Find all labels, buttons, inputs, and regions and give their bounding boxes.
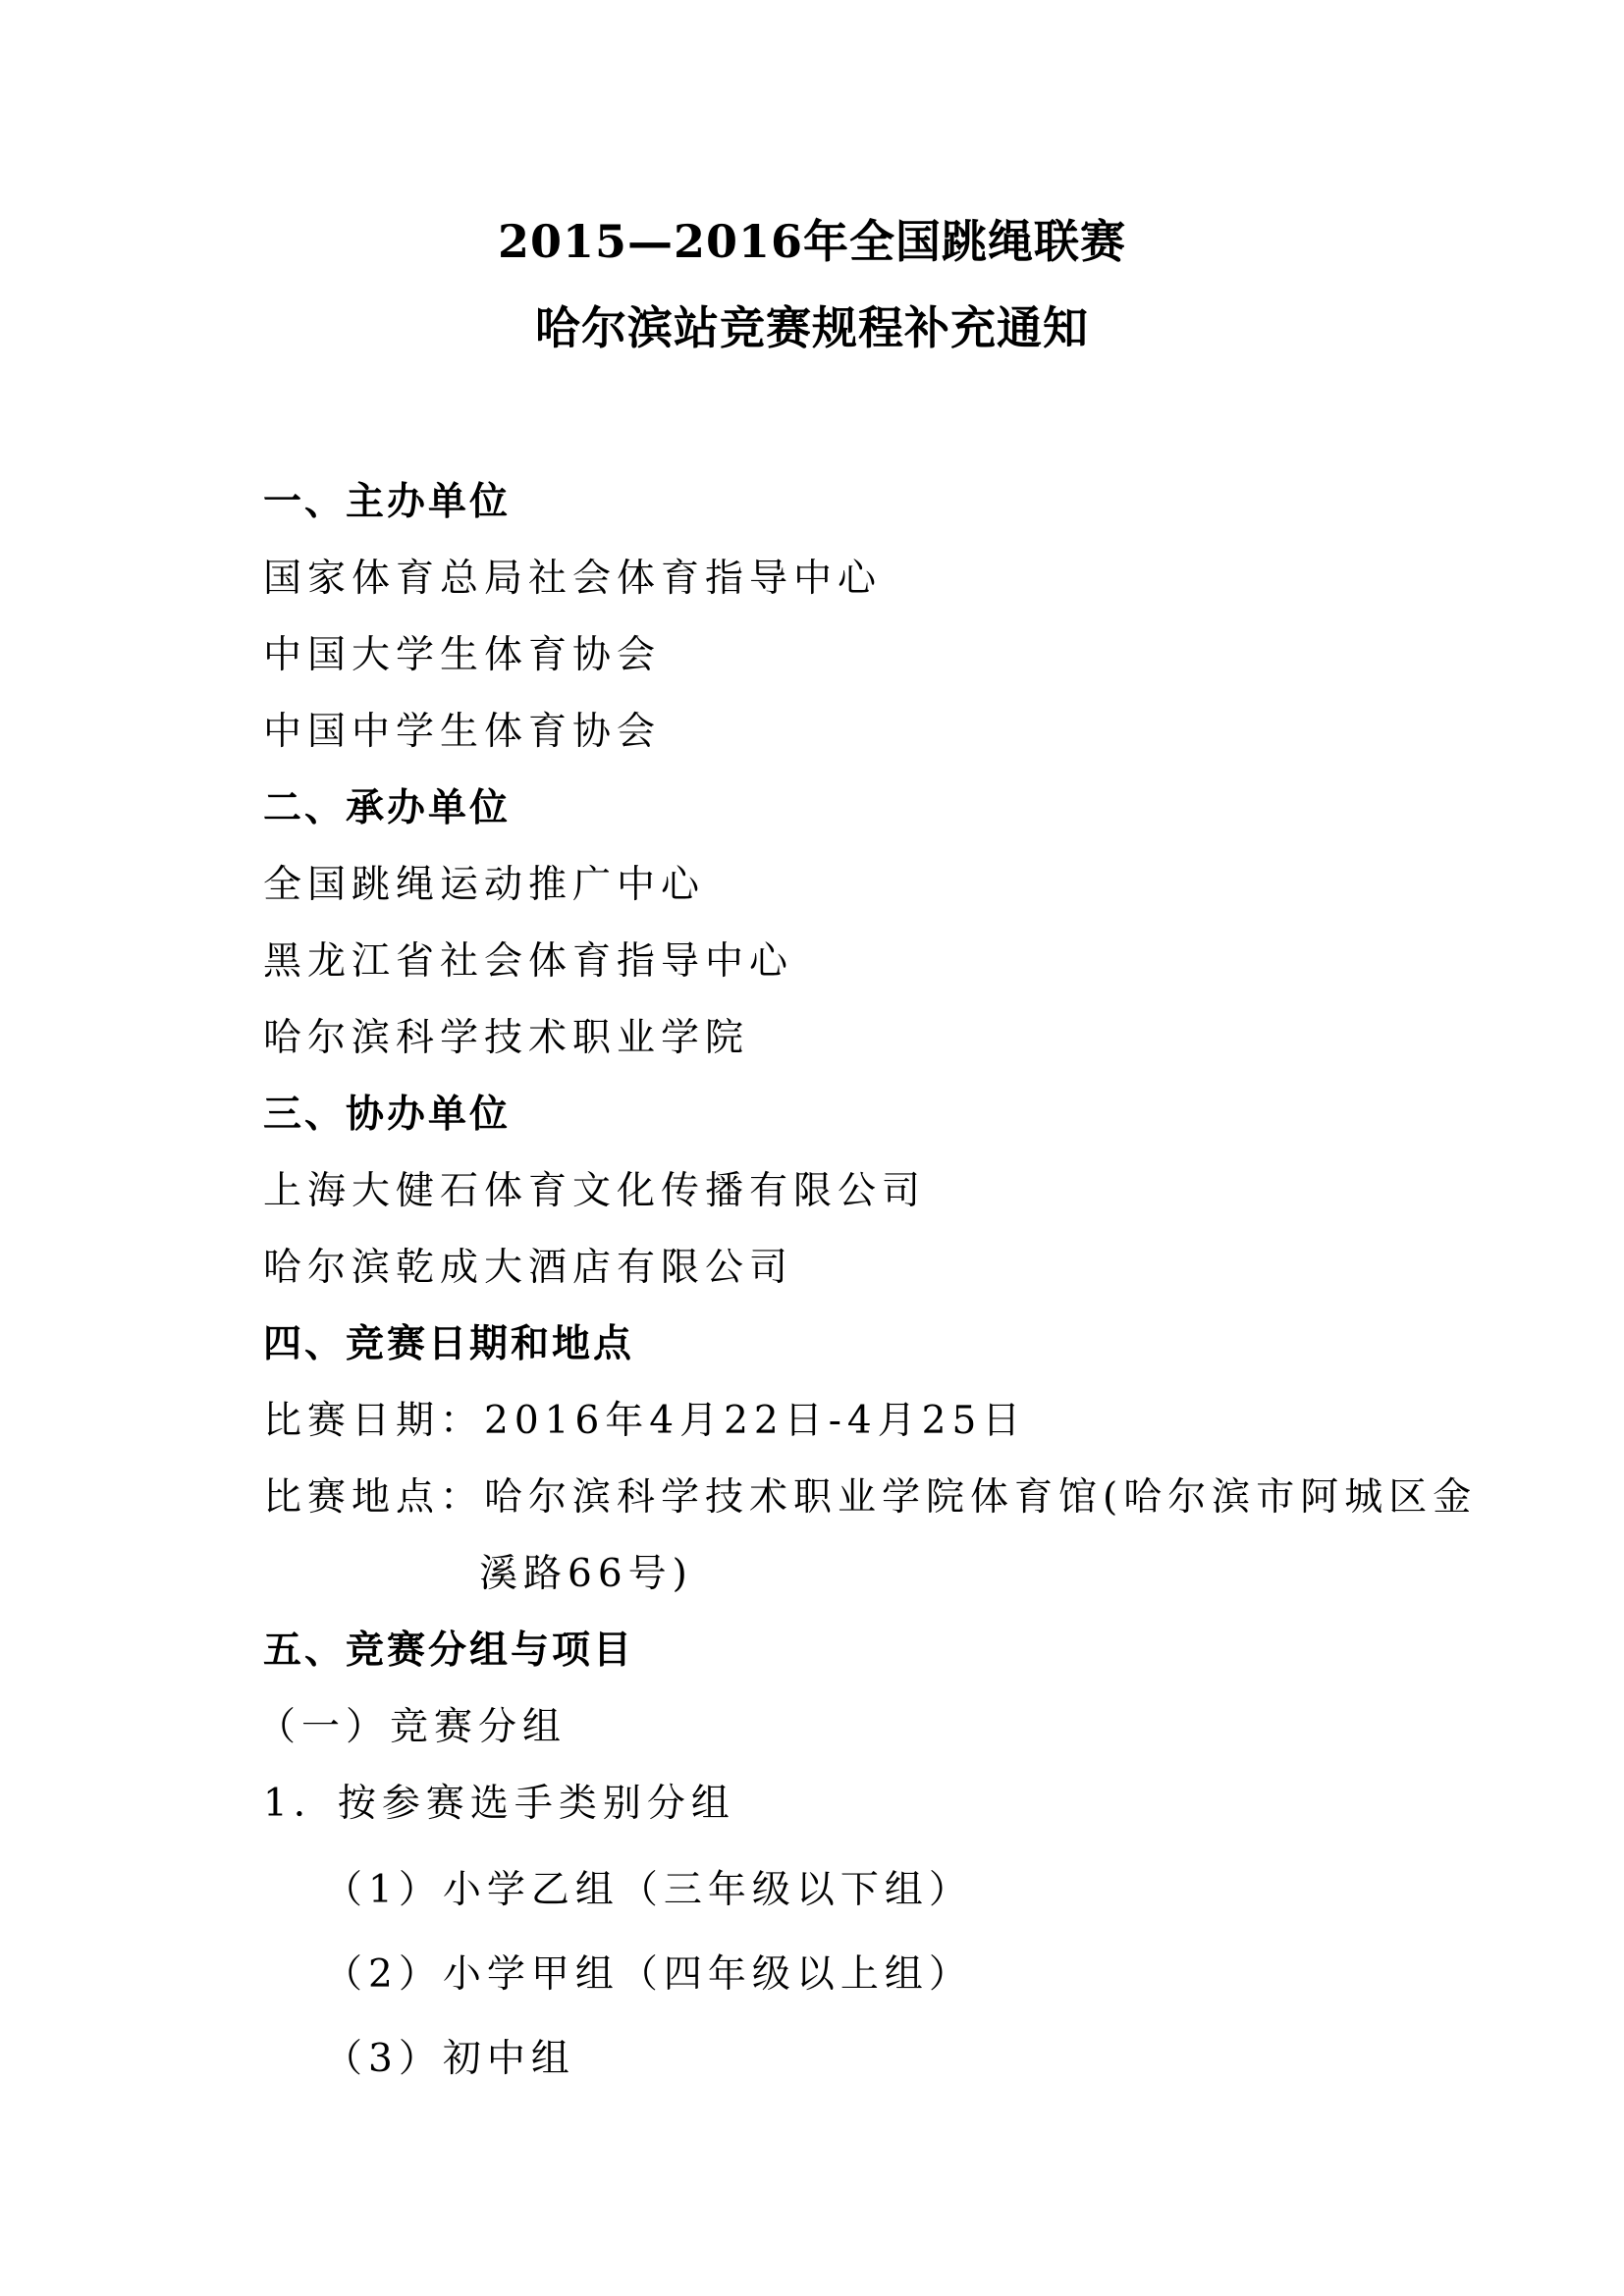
subsection-competition-groups: （一）竞赛分组 (257, 1696, 567, 1751)
section-heading-co-organizers: 三、协办单位 (263, 1084, 511, 1139)
host-item: 全国跳绳运动推广中心 (263, 854, 705, 909)
title-line-2: 哈尔滨站竞赛规程补充通知 (0, 293, 1624, 357)
host-item: 黑龙江省社会体育指导中心 (263, 931, 793, 986)
group-item: （2）小学甲组（四年级以上组） (324, 1944, 973, 1999)
title-line-1: 2015—2016年全国跳绳联赛 (0, 206, 1624, 271)
host-item: 哈尔滨科学技术职业学院 (263, 1007, 749, 1062)
section-heading-date-venue: 四、竞赛日期和地点 (263, 1313, 634, 1368)
organizer-item: 中国中学生体育协会 (263, 701, 661, 756)
group-by-category: 1．按参赛选手类别分组 (263, 1773, 735, 1828)
section-heading-hosts: 二、承办单位 (263, 777, 511, 832)
organizer-item: 中国大学生体育协会 (263, 624, 661, 679)
group-item: （1）小学乙组（三年级以下组） (324, 1859, 973, 1914)
organizer-item: 国家体育总局社会体育指导中心 (263, 548, 882, 603)
competition-date: 比赛日期：2016年4月22日-4月25日 (263, 1390, 1026, 1445)
co-organizer-item: 上海大健石体育文化传播有限公司 (263, 1160, 926, 1215)
competition-venue: 比赛地点：哈尔滨科学技术职业学院体育馆(哈尔滨市阿城区金 (263, 1467, 1477, 1522)
competition-venue-continued: 溪路66号) (479, 1543, 693, 1598)
group-item: （3）初中组 (324, 2028, 575, 2083)
section-heading-groups-events: 五、竞赛分组与项目 (263, 1620, 634, 1675)
co-organizer-item: 哈尔滨乾成大酒店有限公司 (263, 1237, 793, 1292)
section-heading-organizers: 一、主办单位 (263, 471, 511, 526)
